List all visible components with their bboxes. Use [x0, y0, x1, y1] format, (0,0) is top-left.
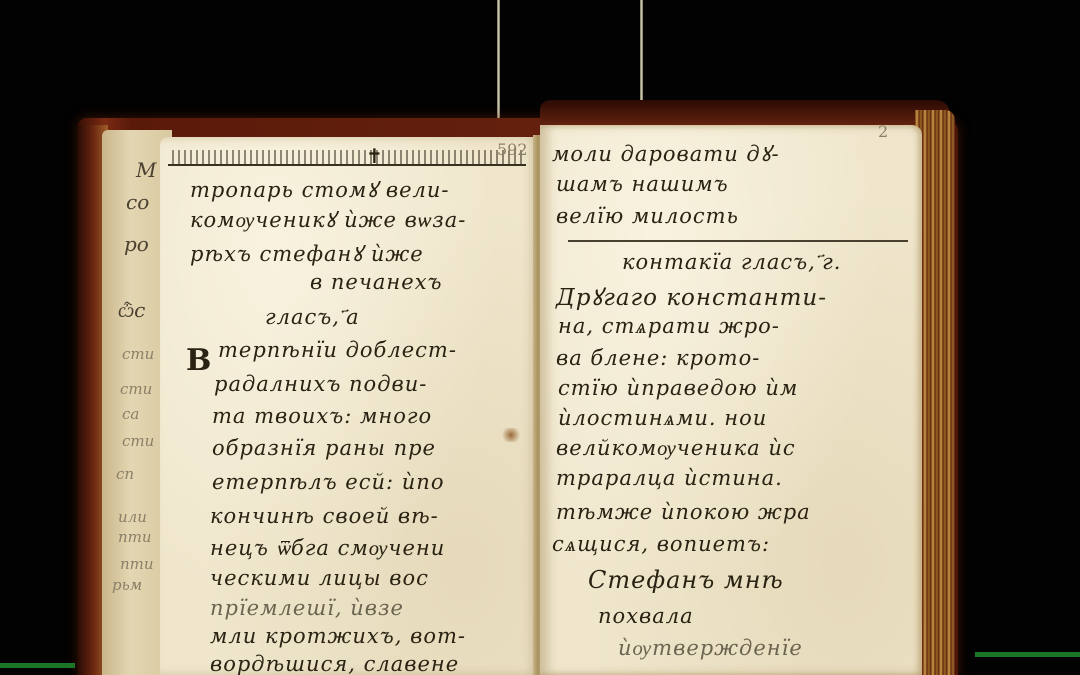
text-line: ѝлостинѧми. нои [558, 406, 767, 431]
drop-cap-initial: В [186, 343, 212, 378]
text-line: шамъ нашимъ [556, 172, 729, 196]
closing-line: ѝѹтвержденїе [618, 636, 803, 661]
text-line: Дрꙋгаго константи- [556, 280, 827, 312]
closing-line: похвала [598, 604, 694, 628]
margin-fragment: ѽс [118, 298, 145, 323]
margin-fragment: сти [122, 345, 154, 363]
heading-line: в печанехъ [310, 270, 443, 294]
text-line: велїю милость [556, 204, 739, 228]
text-line: велйкомѹченика ѝс [556, 436, 796, 461]
margin-fragment: М [136, 158, 156, 182]
tone-marker: гласъ, ҃а [265, 305, 360, 330]
text-line: мли кротжихъ, вот- [210, 624, 466, 648]
margin-fragment: пти [120, 555, 154, 573]
margin-fragment: со [126, 190, 149, 214]
heading-line: комѹченикꙋ ѝже вѡза- [190, 206, 466, 234]
margin-fragment: са [122, 405, 139, 423]
section-divider [568, 240, 908, 242]
kontakion-heading: контакїа гласъ, ҃г. [622, 250, 841, 275]
text-line: та твоихъ: много [212, 404, 432, 428]
green-light-strip [0, 663, 75, 668]
text-line: стїю ѝправедою ѝм [558, 376, 798, 400]
margin-fragment: рьм [112, 576, 142, 594]
ink-stain [500, 428, 522, 442]
cross-icon: ✝ [366, 144, 383, 168]
margin-fragment: сти [122, 432, 154, 450]
text-line: кончинѣ своей вѣ- [210, 504, 439, 528]
page-number: 592 [497, 140, 528, 159]
text-line: ва блене: крото- [556, 346, 760, 370]
margin-fragment: ро [124, 232, 149, 256]
margin-fragment: пти [118, 528, 152, 546]
text-line: нецъ ѿбга смѹчени [210, 536, 445, 561]
heading-line: тропарь стомꙋ вели- [190, 176, 450, 204]
text-line: сѧщися, вопиетъ: [552, 532, 770, 557]
support-rod-right [640, 0, 643, 100]
text-line: траралца ѝстина. [556, 466, 783, 490]
decorative-headpiece [168, 150, 526, 166]
text-line: тѣмже ѝпокою жра [556, 500, 811, 524]
manuscript-photo: М со ро ѽс сти сти са сти сп или пти пти… [0, 0, 1080, 675]
text-line: радалнихъ подви- [214, 372, 427, 396]
text-line: прїемлешї, ѝвзе [210, 596, 404, 620]
text-line: етерпѣлъ есй: ѝпо [212, 470, 444, 494]
closing-line: Стефанъ мнѣ [588, 566, 784, 594]
green-light-strip [975, 652, 1080, 657]
support-rod-left [497, 0, 500, 132]
margin-fragment: сп [116, 465, 134, 483]
margin-fragment: или [118, 508, 147, 526]
text-line: моли даровати дꙋ- [552, 140, 780, 168]
text-line: образнїя раны пре [212, 436, 436, 460]
heading-line: рѣхъ стефанꙋ ѝже [190, 240, 424, 268]
text-line: на, стѧрати жро- [558, 314, 780, 339]
margin-fragment: сти [120, 380, 152, 398]
page-number: 2 [878, 122, 888, 141]
text-line: терпѣнїи доблест- [218, 338, 457, 362]
text-line: вордѣшися, славене [210, 652, 459, 675]
text-line: ческими лицы вос [210, 566, 429, 590]
